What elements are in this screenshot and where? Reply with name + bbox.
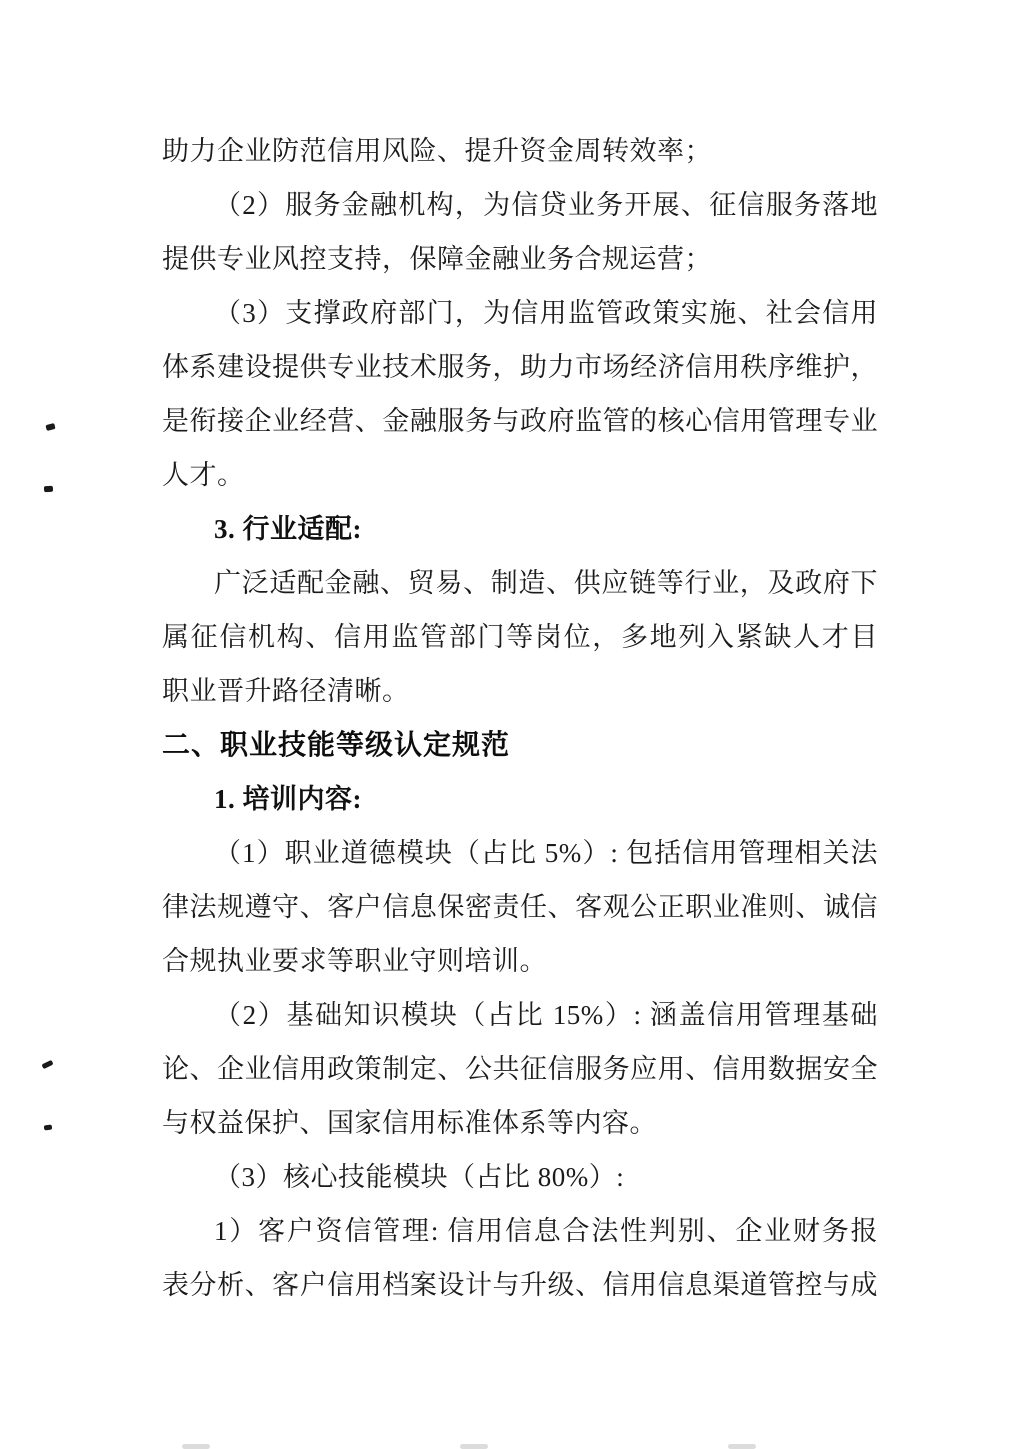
text-line: 职业晋升路径清晰。 bbox=[162, 664, 878, 718]
text-line: （3）核心技能模块（占比 80%）: bbox=[162, 1150, 878, 1204]
text-line-content: 体系建设提供专业技术服务，助力市场经济信用秩序维护， bbox=[162, 352, 878, 382]
text-line-content: 合规执业要求等职业守则培训。 bbox=[162, 946, 547, 976]
scan-speck bbox=[45, 423, 55, 431]
section-heading-skill-standards: 二、职业技能等级认定规范 bbox=[162, 718, 878, 772]
text-line: 助力企业防范信用风险、提升资金周转效率； bbox=[162, 124, 878, 178]
page-bottom-cutoff-text bbox=[728, 1444, 756, 1449]
text-line-content: （3）核心技能模块（占比 80%）: bbox=[214, 1162, 624, 1192]
text-line-content: （2）基础知识模块（占比 15%）: 涵盖信用管理基础理 bbox=[214, 1000, 878, 1042]
text-line-content: 二、职业技能等级认定规范 bbox=[162, 729, 510, 760]
text-line-content: 职业晋升路径清晰。 bbox=[162, 676, 410, 706]
text-line: （2）服务金融机构，为信贷业务开展、征信服务落地 bbox=[162, 178, 878, 232]
text-line-content: 论、企业信用政策制定、公共征信服务应用、信用数据安全 bbox=[162, 1054, 878, 1084]
text-line-content: 属征信机构、信用监管部门等岗位，多地列入紧缺人才目录， bbox=[162, 622, 878, 664]
subheading-training-content: 1. 培训内容: bbox=[162, 772, 878, 826]
text-line-content: 表分析、客户信用档案设计与升级、信用信息渠道管控与成 bbox=[162, 1270, 878, 1300]
text-line: （1）职业道德模块（占比 5%）: 包括信用管理相关法 bbox=[162, 826, 878, 880]
text-line: 属征信机构、信用监管部门等岗位，多地列入紧缺人才目录， bbox=[162, 610, 878, 664]
text-line-content: 提供专业风控支持，保障金融业务合规运营； bbox=[162, 244, 712, 274]
scan-speck bbox=[44, 1124, 53, 1130]
text-line: 提供专业风控支持，保障金融业务合规运营； bbox=[162, 232, 878, 286]
text-line-content: 律法规遵守、客户信息保密责任、客观公正职业准则、诚信 bbox=[162, 892, 878, 922]
text-line: 是衔接企业经营、金融服务与政府监管的核心信用管理专业 bbox=[162, 394, 878, 448]
text-line-content: 1. 培训内容: bbox=[214, 784, 362, 814]
text-line-content: 是衔接企业经营、金融服务与政府监管的核心信用管理专业 bbox=[162, 406, 878, 436]
text-line: 广泛适配金融、贸易、制造、供应链等行业，及政府下 bbox=[162, 556, 878, 610]
text-line: 论、企业信用政策制定、公共征信服务应用、信用数据安全 bbox=[162, 1042, 878, 1096]
text-line-content: 与权益保护、国家信用标准体系等内容。 bbox=[162, 1108, 657, 1138]
text-line: 体系建设提供专业技术服务，助力市场经济信用秩序维护， bbox=[162, 340, 878, 394]
document-text-block: 助力企业防范信用风险、提升资金周转效率； （2）服务金融机构，为信贷业务开展、征… bbox=[162, 124, 878, 1312]
text-line-content: （2）服务金融机构，为信贷业务开展、征信服务落地 bbox=[214, 190, 878, 220]
scan-speck bbox=[44, 486, 53, 493]
text-line-content: 3. 行业适配: bbox=[214, 514, 362, 544]
scanned-document-page: 助力企业防范信用风险、提升资金周转效率； （2）服务金融机构，为信贷业务开展、征… bbox=[0, 0, 1024, 1449]
text-line: 律法规遵守、客户信息保密责任、客观公正职业准则、诚信 bbox=[162, 880, 878, 934]
text-line: （2）基础知识模块（占比 15%）: 涵盖信用管理基础理 bbox=[162, 988, 878, 1042]
text-line-content: 助力企业防范信用风险、提升资金周转效率； bbox=[162, 136, 712, 166]
text-line-content: （1）职业道德模块（占比 5%）: 包括信用管理相关法 bbox=[214, 838, 878, 868]
text-line-content: 广泛适配金融、贸易、制造、供应链等行业，及政府下 bbox=[214, 568, 878, 598]
subheading-industry-fit: 3. 行业适配: bbox=[162, 502, 878, 556]
text-line-content: 1）客户资信管理: 信用信息合法性判别、企业财务报 bbox=[214, 1216, 878, 1246]
text-line-content: （3）支撑政府部门，为信用监管政策实施、社会信用 bbox=[214, 298, 878, 328]
text-line: 表分析、客户信用档案设计与升级、信用信息渠道管控与成 bbox=[162, 1258, 878, 1312]
page-bottom-cutoff-text bbox=[460, 1444, 488, 1449]
text-line-content: 人才。 bbox=[162, 460, 245, 490]
text-line: （3）支撑政府部门，为信用监管政策实施、社会信用 bbox=[162, 286, 878, 340]
page-bottom-cutoff-text bbox=[182, 1444, 210, 1449]
text-line: 合规执业要求等职业守则培训。 bbox=[162, 934, 878, 988]
scan-speck bbox=[41, 1060, 53, 1069]
text-line: 与权益保护、国家信用标准体系等内容。 bbox=[162, 1096, 878, 1150]
text-line: 人才。 bbox=[162, 448, 878, 502]
text-line: 1）客户资信管理: 信用信息合法性判别、企业财务报 bbox=[162, 1204, 878, 1258]
